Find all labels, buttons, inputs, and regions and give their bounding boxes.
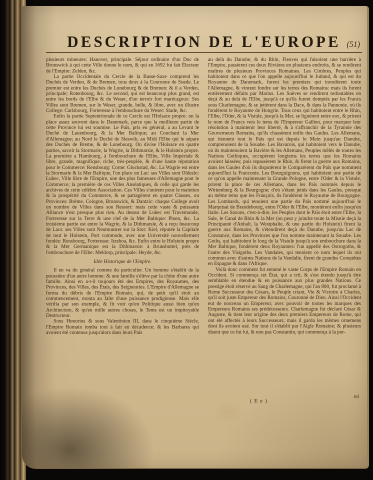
paragraph: plusieurs mineures: Hanover, principale.… [46, 57, 199, 74]
paragraph: Sous Honorius & sous Valentinien III, da… [46, 319, 199, 336]
text-column-right: au delà du Danube, & du Rhin, Fleuves qu… [208, 57, 361, 403]
page-number: (51) [347, 40, 360, 49]
catchword: mi [354, 394, 359, 400]
page-title: DESCRIPTION DE L'EUROPE [67, 34, 341, 52]
section-heading: Idée Historique de l'Empire. [46, 259, 199, 265]
paragraph: au delà du Danube, & du Rhin, Fleuves qu… [208, 57, 361, 267]
paragraph: Il en va du général comme du particulier… [46, 268, 199, 319]
signature-mark: ( E e ) [250, 398, 267, 404]
page-footer: ( E e ) mi [22, 396, 367, 408]
paragraph: La partie Occidentale du Cercle de la Ba… [46, 74, 199, 114]
text-block: plusieurs mineures: Hanover, principale.… [46, 57, 362, 403]
header-rule [46, 52, 362, 53]
paragraph: Voilà donc comment fut entamé le vaste C… [208, 267, 361, 335]
paragraph: Enfin la partie Septentrionale de ce Cer… [46, 114, 199, 256]
page-scan: DESCRIPTION DE L'EUROPE (51) plusieurs m… [22, 6, 369, 469]
text-column-left: plusieurs mineures: Hanover, principale.… [46, 57, 199, 403]
